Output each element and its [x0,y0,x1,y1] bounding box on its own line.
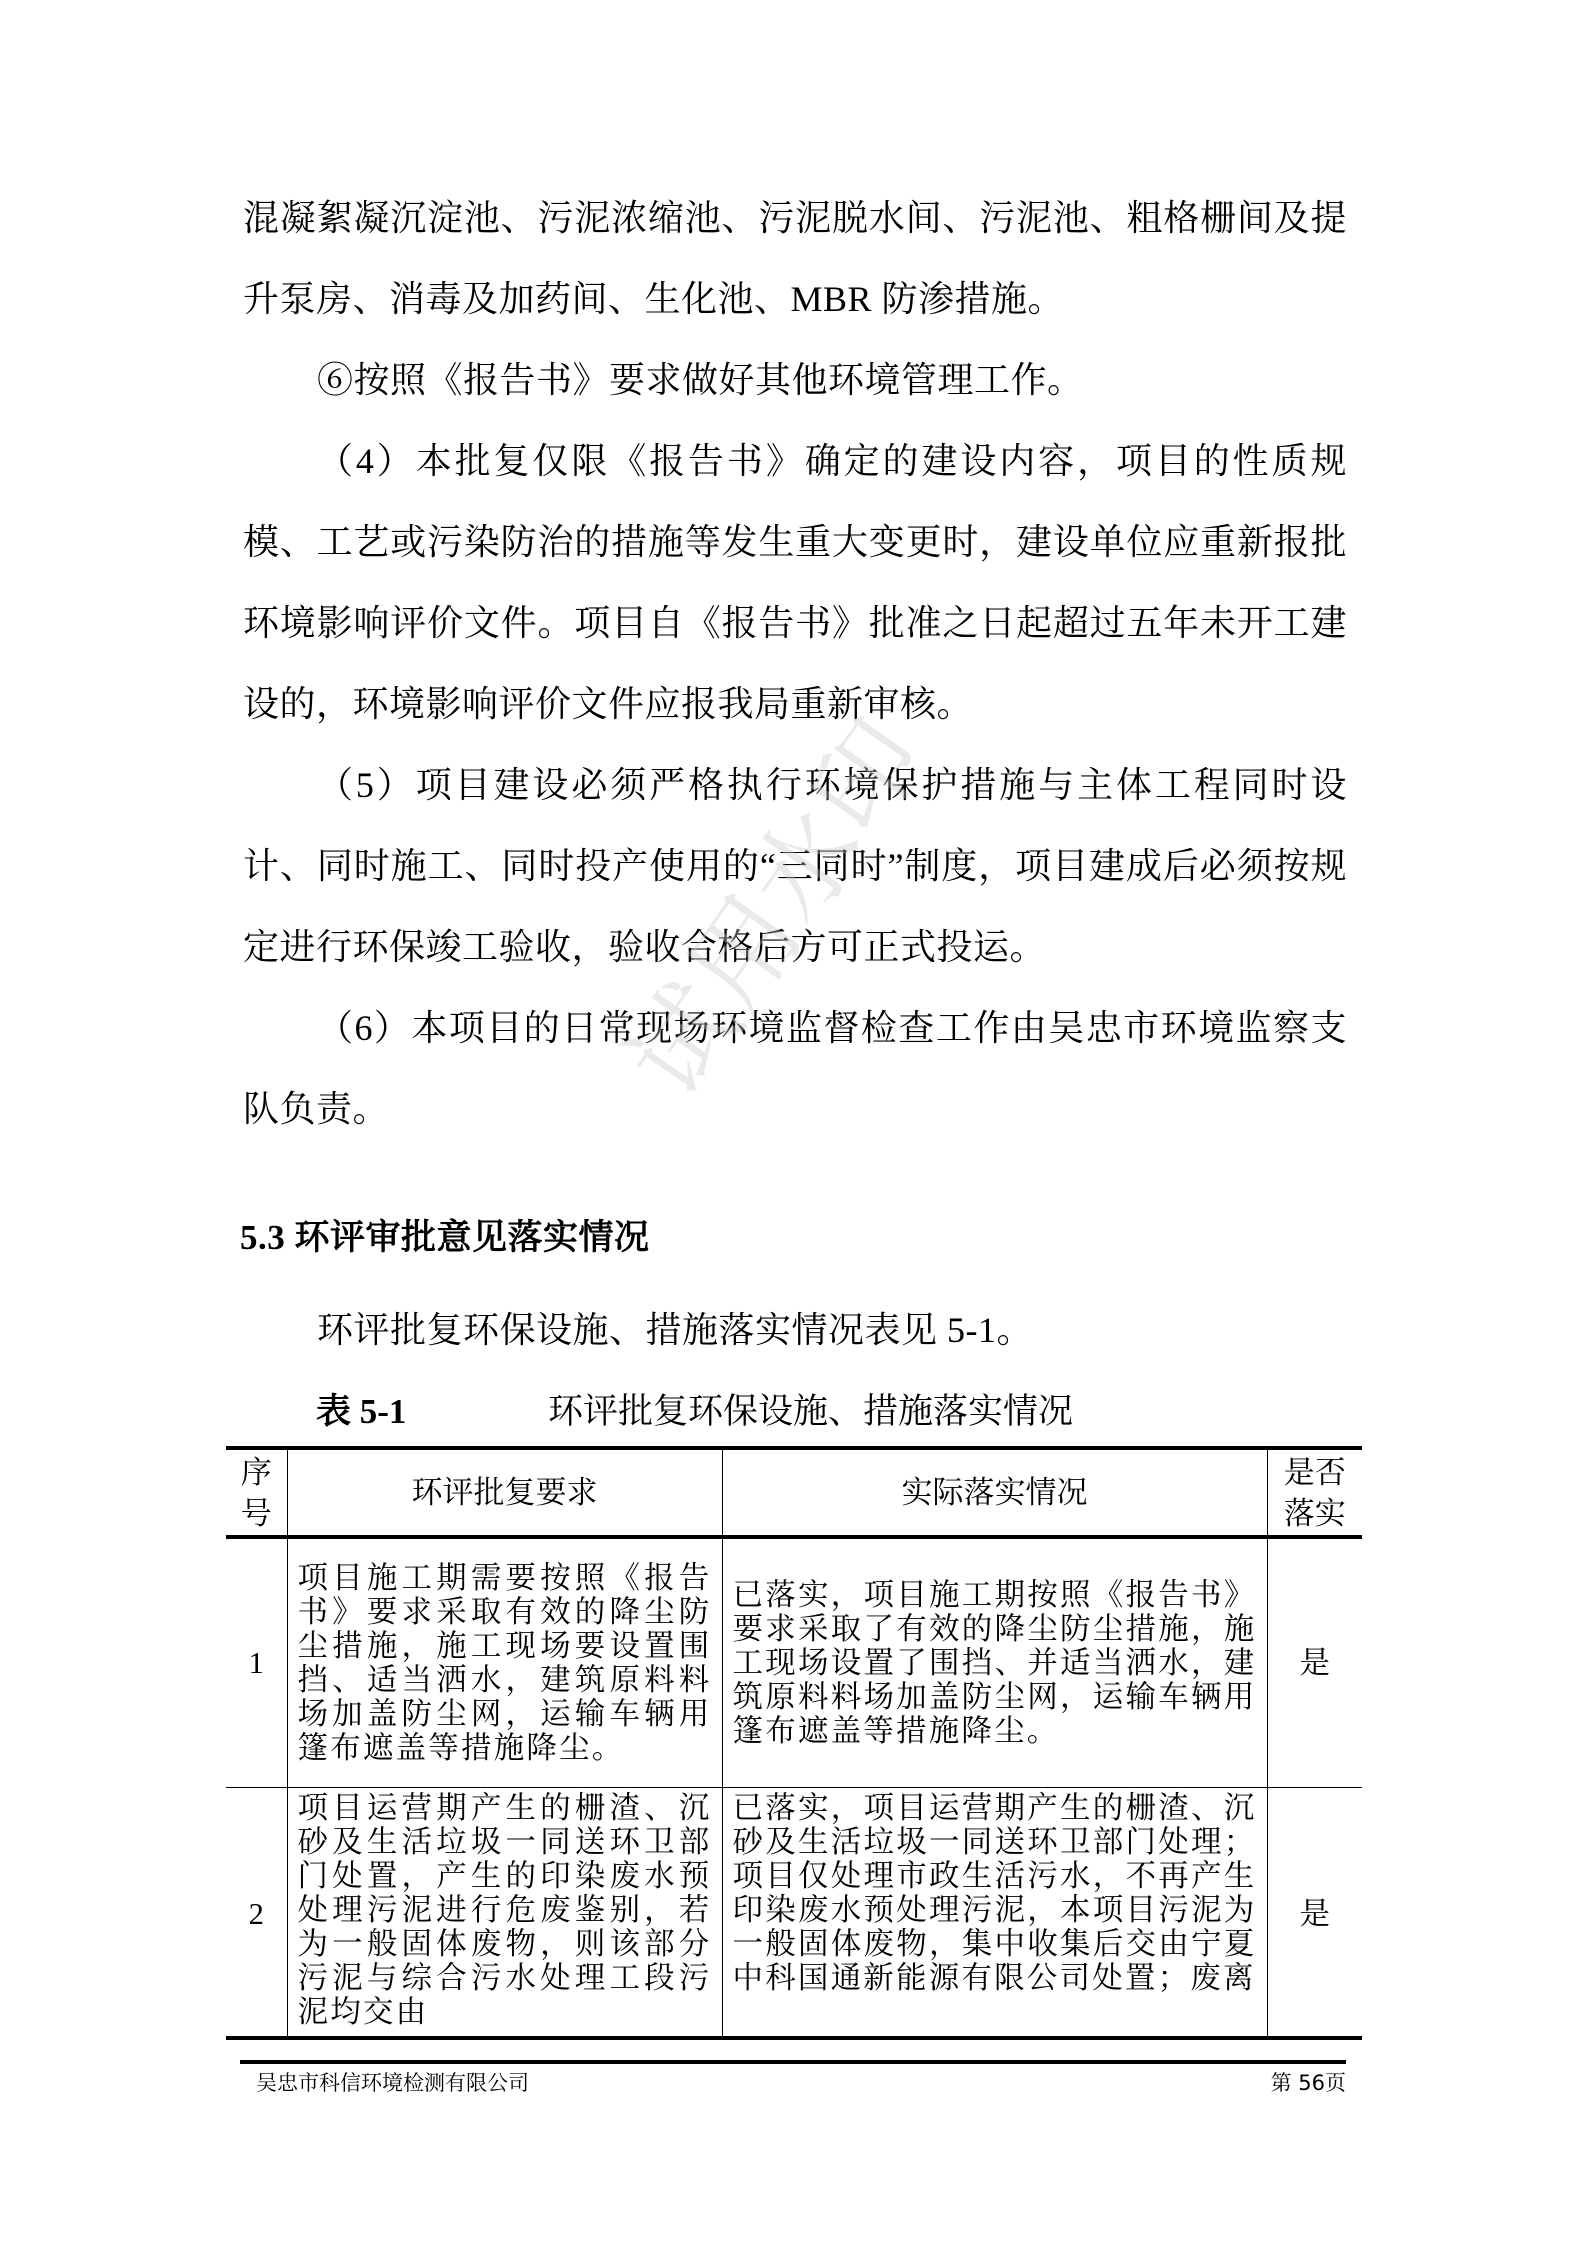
cell-actual-text: 已落实，项目运营期产生的栅渣、沉砂及生活垃圾一同送环卫部门处理；项目仅处理市政生… [733,1791,1257,1995]
paragraph-approval-scope: （4）本批复仅限《报告书》确定的建设内容，项目的性质规模、工艺或污染防治的措施等… [243,421,1347,745]
footer-page-number: 第 56页 [1271,2068,1346,2098]
header-seq: 序号 [226,1448,287,1537]
cell-seq: 2 [226,1788,287,2039]
cell-requirement-text: 项目运营期产生的栅渣、沉砂及生活垃圾一同送环卫部门处置，产生的印染废水预处理污泥… [298,1791,712,2029]
cell-actual: 已落实，项目施工期按照《报告书》要求采取了有效的降尘防尘措施，施工现场设置了围挡… [722,1537,1267,1788]
section-number: 5.3 [240,1218,285,1257]
cell-actual: 已落实，项目运营期产生的栅渣、沉砂及生活垃圾一同送环卫部门处理；项目仅处理市政生… [722,1788,1267,2039]
paragraph-supervision: （6）本项目的日常现场环境监督检查工作由吴忠市环境监察支队负责。 [243,988,1347,1150]
paragraph-item-6: ⑥按照《报告书》要求做好其他环境管理工作。 [243,340,1347,421]
table-header-row: 序号 环评批复要求 实际落实情况 是否落实 [226,1448,1362,1537]
table-row: 1 项目施工期需要按照《报告书》要求采取有效的降尘防尘措施，施工现场要设置围挡、… [226,1537,1362,1788]
paragraph-table-intro: 环评批复环保设施、措施落实情况表见 5-1。 [243,1290,1347,1371]
table-caption-number: 表 5-1 [316,1382,548,1442]
document-page: 混凝絮凝沉淀池、污泥浓缩池、污泥脱水间、污泥池、粗格栅间及提升泵房、消毒及加药间… [0,0,1587,2245]
header-implemented: 是否落实 [1267,1448,1362,1537]
header-requirement: 环评批复要求 [287,1448,722,1537]
footer-company: 吴忠市科信环境检测有限公司 [256,2068,529,2098]
cell-implemented: 是 [1267,1537,1362,1788]
cell-implemented: 是 [1267,1788,1362,2039]
table-row: 2 项目运营期产生的栅渣、沉砂及生活垃圾一同送环卫部门处置，产生的印染废水预处理… [226,1788,1362,2039]
paragraph-three-simultaneous: （5）项目建设必须严格执行环境保护措施与主体工程同时设计、同时施工、同时投产使用… [243,745,1347,988]
cell-requirement: 项目运营期产生的栅渣、沉砂及生活垃圾一同送环卫部门处置，产生的印染废水预处理污泥… [287,1788,722,2039]
table-caption-title: 环评批复环保设施、措施落实情况 [548,1392,1073,1431]
implementation-table: 序号 环评批复要求 实际落实情况 是否落实 1 项目施工期需要按照《报告书》要求… [226,1446,1362,2040]
footer-divider [240,2060,1346,2064]
table-caption: 表 5-1环评批复环保设施、措施落实情况 [316,1382,1073,1442]
header-actual: 实际落实情况 [722,1448,1267,1537]
section-title: 环评审批意见落实情况 [295,1218,650,1257]
section-heading: 5.3 环评审批意见落实情况 [240,1208,650,1268]
paragraph-antiseepage-measures: 混凝絮凝沉淀池、污泥浓缩池、污泥脱水间、污泥池、粗格栅间及提升泵房、消毒及加药间… [243,178,1347,340]
cell-seq: 1 [226,1537,287,1788]
cell-requirement: 项目施工期需要按照《报告书》要求采取有效的降尘防尘措施，施工现场要设置围挡、适当… [287,1537,722,1788]
